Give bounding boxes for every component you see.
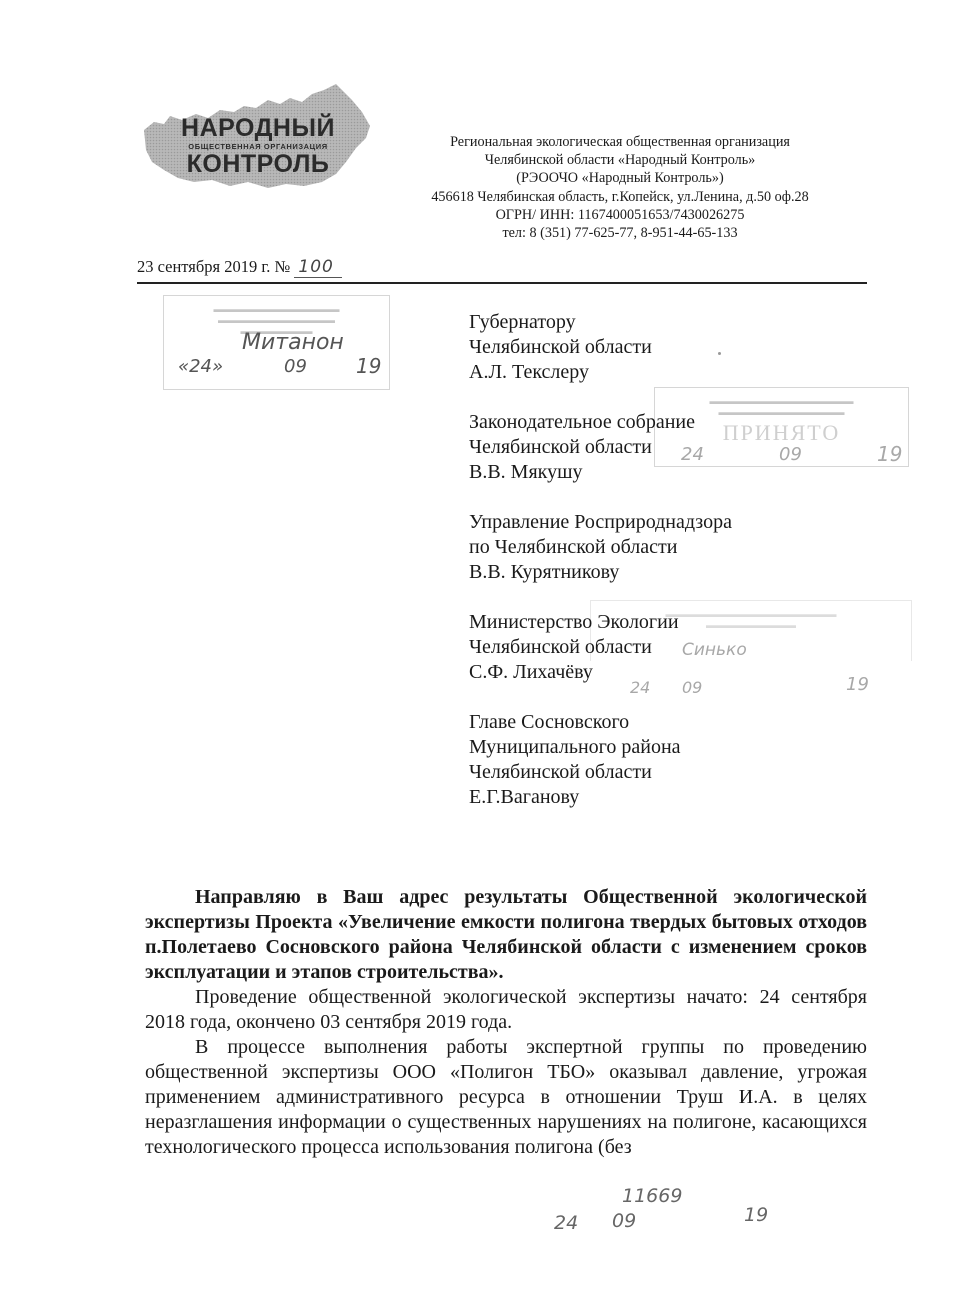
addressee-region: Челябинской области bbox=[469, 435, 732, 460]
stamp-day: «24» bbox=[178, 356, 223, 377]
org-name-line: Региональная экологическая общественная … bbox=[405, 133, 835, 151]
addressee-sosnovsky-district: Главе Сосновского Муниципального района … bbox=[469, 710, 732, 810]
addressee-region: Челябинской области bbox=[469, 760, 732, 785]
addressee-person: А.Л. Текслеру bbox=[469, 360, 732, 385]
org-phone: тел: 8 (351) 77-625-77, 8-951-44-65-133 bbox=[405, 224, 835, 242]
addressee-title: Главе Сосновского bbox=[469, 710, 732, 735]
addressee-rosprirodnadzor: Управление Росприроднадзора по Челябинск… bbox=[469, 510, 732, 585]
addressee-person: С.Ф. Лихачёву bbox=[469, 660, 732, 685]
organization-logo: НАРОДНЫЙ ОБЩЕСТВЕННАЯ ОРГАНИЗАЦИЯ КОНТРО… bbox=[140, 82, 376, 190]
addressee-title: Управление Росприроднадзора bbox=[469, 510, 732, 535]
registration-day: 24 bbox=[554, 1212, 578, 1234]
logo-title-top: НАРОДНЫЙ bbox=[140, 114, 376, 143]
addressee-person: В.В. Мякушу bbox=[469, 460, 732, 485]
stamp-year: 19 bbox=[846, 674, 869, 695]
header-divider bbox=[137, 282, 867, 284]
body-paragraph-pressure: В процессе выполнения работы экспертной … bbox=[145, 1035, 867, 1160]
addressee-title: Законодательное собрание bbox=[469, 410, 732, 435]
addressee-title: Губернатору bbox=[469, 310, 732, 335]
addressee-list: Губернатору Челябинской области А.Л. Тек… bbox=[469, 310, 732, 835]
addressee-ministry-ecology: Министерство Экологии Челябинской област… bbox=[469, 610, 732, 685]
addressee-district: Муниципального района bbox=[469, 735, 732, 760]
addressee-person: В.В. Курятникову bbox=[469, 560, 732, 585]
body-paragraph-intro: Направляю в Ваш адрес результаты Обществ… bbox=[145, 885, 867, 985]
org-address: 456618 Челябинская область, г.Копейск, у… bbox=[405, 188, 835, 206]
letter-date: 23 сентября 2019 г. № bbox=[137, 257, 290, 276]
stamp-governor-office: ▬▬▬▬▬▬▬▬▬▬▬▬▬▬▬▬▬▬▬▬▬▬▬▬▬▬▬▬▬▬▬▬▬▬▬ Мита… bbox=[163, 295, 390, 390]
logo-title-bottom: КОНТРОЛЬ bbox=[140, 150, 376, 179]
stamp-signature-name: Митанон bbox=[242, 330, 344, 355]
addressee-governor: Губернатору Челябинской области А.Л. Тек… bbox=[469, 310, 732, 385]
addressee-person: Е.Г.Ваганову bbox=[469, 785, 732, 810]
org-region-line: Челябинской области «Народный Контроль» bbox=[405, 151, 835, 169]
letter-date-line: 23 сентября 2019 г. № 100 bbox=[137, 257, 342, 277]
registration-number: 11669 bbox=[622, 1185, 682, 1207]
body-paragraph-dates: Проведение общественной экологической эк… bbox=[145, 985, 867, 1035]
stamp-year: 19 bbox=[877, 442, 902, 466]
letter-body: Направляю в Ваш адрес результаты Обществ… bbox=[145, 885, 867, 1160]
letter-number: 100 bbox=[294, 257, 341, 278]
org-abbreviation: (РЭООЧО «Народный Контроль») bbox=[405, 169, 835, 187]
addressee-region: по Челябинской области bbox=[469, 535, 732, 560]
org-registration-ids: ОГРН/ ИНН: 1167400051653/7430026275 bbox=[405, 206, 835, 224]
addressee-title: Министерство Экологии bbox=[469, 610, 732, 635]
stamp-month: 09 bbox=[779, 444, 802, 465]
registration-month: 09 bbox=[612, 1210, 636, 1232]
stamp-year: 19 bbox=[356, 354, 381, 378]
registration-year: 19 bbox=[744, 1204, 768, 1226]
addressee-region: Челябинской области bbox=[469, 335, 732, 360]
organization-header: Региональная экологическая общественная … bbox=[405, 133, 835, 242]
addressee-region: Челябинской области bbox=[469, 635, 732, 660]
addressee-legislative-assembly: Законодательное собрание Челябинской обл… bbox=[469, 410, 732, 485]
stamp-month: 09 bbox=[284, 356, 307, 377]
